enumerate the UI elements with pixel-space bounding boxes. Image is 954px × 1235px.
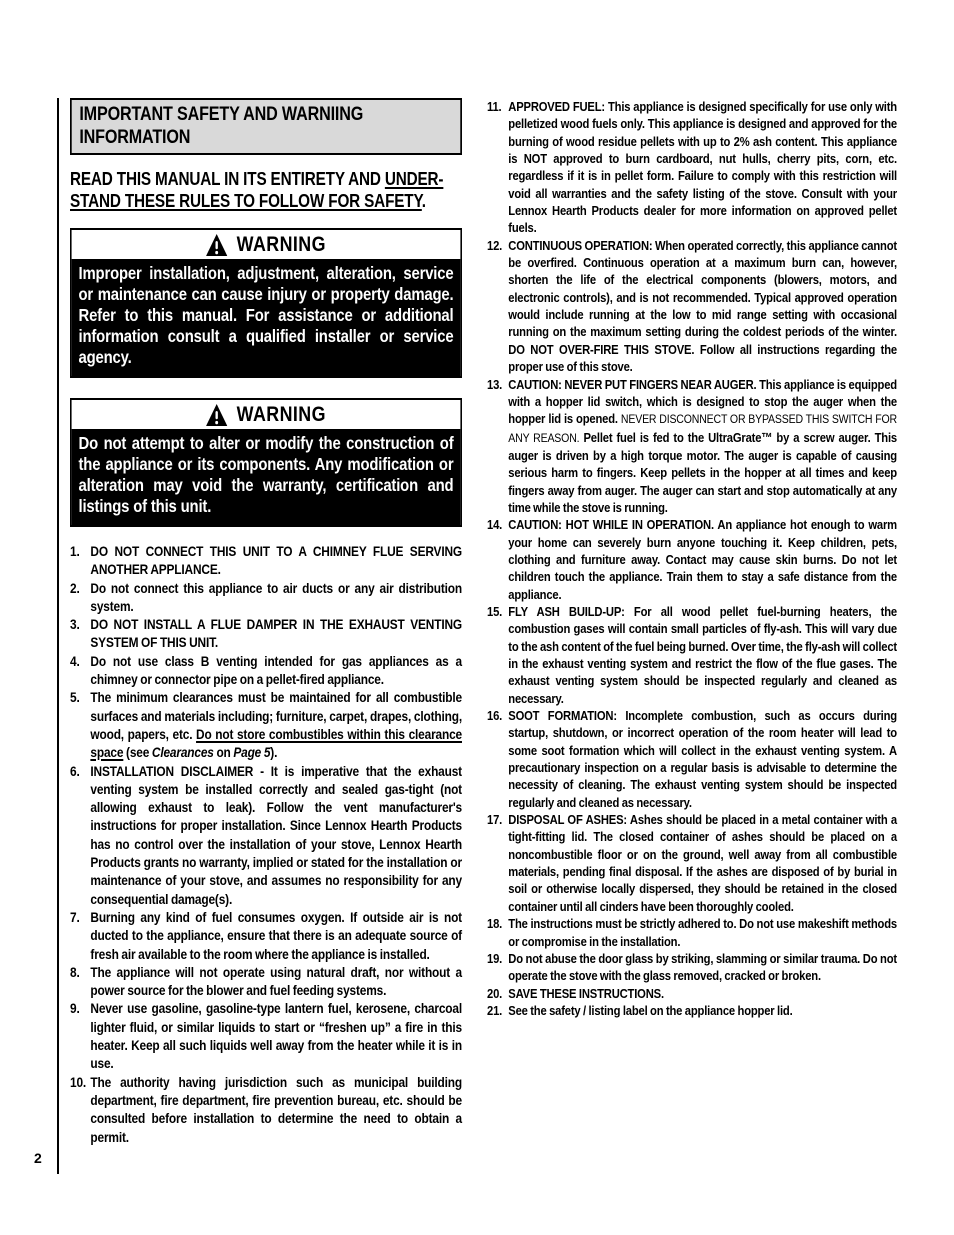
list-item-number: 21. <box>487 1002 502 1019</box>
list-item: 14.CAUTION: HOT WHILE IN OPERATION. An a… <box>487 516 897 603</box>
left-column: IMPORTANT SAFETY AND WARNIING INFORMATIO… <box>70 98 462 1146</box>
list-item-text: APPROVED FUEL: This appliance is designe… <box>508 99 897 235</box>
list-item-text: SAVE THESE INSTRUCTIONS. <box>508 986 664 1001</box>
list-item-number: 4. <box>70 652 80 670</box>
list-item-number: 16. <box>487 707 502 724</box>
list-item-text: Burning any kind of fuel consumes oxygen… <box>90 909 462 962</box>
list-item-number: 6. <box>70 762 80 780</box>
list-item-text: The minimum clearances must be maintaine… <box>90 689 462 760</box>
list-item-number: 2. <box>70 579 80 597</box>
warning-triangle-icon <box>206 234 227 256</box>
list-item-text: Do not use class B venting intended for … <box>90 653 462 687</box>
list-item-number: 17. <box>487 811 502 828</box>
list-item-text: DO NOT INSTALL A FLUE DAMPER IN THE EXHA… <box>90 616 462 650</box>
list-item: 8.The appliance will not operate using n… <box>70 963 462 1000</box>
section-title-line2: INFORMATION <box>79 126 452 149</box>
list-item-text: SOOT FORMATION: Incomplete combustion, s… <box>508 708 897 810</box>
list-item-number: 3. <box>70 615 80 633</box>
warning-box-1-body: Improper installation, adjustment, alter… <box>72 259 461 376</box>
list-item-text: CAUTION: NEVER PUT FINGERS NEAR AUGER. T… <box>508 377 897 515</box>
list-item-text: FLY ASH BUILD-UP: For all wood pellet fu… <box>508 604 897 706</box>
list-item-number: 14. <box>487 516 502 533</box>
list-item-text: INSTALLATION DISCLAIMER - It is imperati… <box>90 763 462 907</box>
page-number: 2 <box>34 1150 42 1166</box>
list-item-text: The appliance will not operate using nat… <box>90 964 462 998</box>
list-item-text: DISPOSAL OF ASHES: Ashes should be place… <box>508 812 897 914</box>
list-item-text: CAUTION: HOT WHILE IN OPERATION. An appl… <box>508 517 897 601</box>
warning-box-2: WARNING Do not attempt to alter or modif… <box>70 398 462 527</box>
list-item: 1.DO NOT CONNECT THIS UNIT TO A CHIMNEY … <box>70 542 462 579</box>
safety-list-items-1-10: 1.DO NOT CONNECT THIS UNIT TO A CHIMNEY … <box>70 542 462 1146</box>
list-item: 5.The minimum clearances must be maintai… <box>70 688 462 761</box>
list-item-number: 20. <box>487 985 502 1002</box>
two-column-layout: IMPORTANT SAFETY AND WARNIING INFORMATIO… <box>70 98 897 1146</box>
safety-list-items-11-21: 11.APPROVED FUEL: This appliance is desi… <box>487 98 897 1019</box>
list-item-text: The instructions must be strictly adhere… <box>508 916 897 948</box>
list-item-number: 15. <box>487 603 502 620</box>
warning-label: WARNING <box>237 233 326 257</box>
list-item-number: 9. <box>70 999 80 1017</box>
list-item: 11.APPROVED FUEL: This appliance is desi… <box>487 98 897 237</box>
list-item-number: 5. <box>70 688 80 706</box>
list-item: 10.The authority having jurisdiction suc… <box>70 1073 462 1146</box>
list-item: 18.The instructions must be strictly adh… <box>487 915 897 950</box>
list-item-text: Do not connect this appliance to air duc… <box>90 580 462 614</box>
list-item-text: CONTINUOUS OPERATION: When operated corr… <box>508 238 897 374</box>
list-item: 20.SAVE THESE INSTRUCTIONS. <box>487 985 897 1002</box>
list-item-number: 19. <box>487 950 502 967</box>
manual-page: 2 IMPORTANT SAFETY AND WARNIING INFORMAT… <box>0 0 954 1235</box>
list-item: 12.CONTINUOUS OPERATION: When operated c… <box>487 237 897 376</box>
warning-label: WARNING <box>237 403 326 427</box>
list-item-text: Do not abuse the door glass by striking,… <box>508 951 897 983</box>
list-item: 4.Do not use class B venting intended fo… <box>70 652 462 689</box>
warning-triangle-icon <box>206 404 227 426</box>
list-item-number: 12. <box>487 237 502 254</box>
section-title-box: IMPORTANT SAFETY AND WARNIING INFORMATIO… <box>70 98 462 155</box>
list-item: 3.DO NOT INSTALL A FLUE DAMPER IN THE EX… <box>70 615 462 652</box>
list-item-number: 8. <box>70 963 80 981</box>
list-item: 2.Do not connect this appliance to air d… <box>70 579 462 616</box>
list-item-number: 13. <box>487 376 502 393</box>
warning-box-1: WARNING Improper installation, adjustmen… <box>70 228 462 378</box>
list-item-text: The authority having jurisdiction such a… <box>90 1074 462 1145</box>
list-item: 13.CAUTION: NEVER PUT FINGERS NEAR AUGER… <box>487 376 897 517</box>
list-item-text: DO NOT CONNECT THIS UNIT TO A CHIMNEY FL… <box>90 543 462 577</box>
list-item-number: 11. <box>487 98 501 115</box>
list-item: 9.Never use gasoline, gasoline-type lant… <box>70 999 462 1072</box>
list-item: 15.FLY ASH BUILD-UP: For all wood pellet… <box>487 603 897 707</box>
list-item: 6.INSTALLATION DISCLAIMER - It is impera… <box>70 762 462 908</box>
list-item-number: 7. <box>70 908 80 926</box>
list-item-number: 10. <box>70 1073 86 1091</box>
list-item: 17.DISPOSAL OF ASHES: Ashes should be pl… <box>487 811 897 915</box>
list-item-text: See the safety / listing label on the ap… <box>508 1003 792 1018</box>
list-item: 16.SOOT FORMATION: Incomplete combustion… <box>487 707 897 811</box>
list-item-number: 18. <box>487 915 502 932</box>
section-title-line1: IMPORTANT SAFETY AND WARNIING <box>79 103 452 126</box>
warning-box-1-header: WARNING <box>72 230 461 259</box>
list-item: 7.Burning any kind of fuel consumes oxyg… <box>70 908 462 963</box>
page-edge-rule <box>57 98 59 1174</box>
warning-box-2-body: Do not attempt to alter or modify the co… <box>72 429 461 525</box>
read-manual-heading: READ THIS MANUAL IN ITS ENTIRETY AND UND… <box>70 169 462 212</box>
list-item: 19.Do not abuse the door glass by striki… <box>487 950 897 985</box>
warning-box-2-header: WARNING <box>72 400 461 429</box>
list-item: 21.See the safety / listing label on the… <box>487 1002 897 1019</box>
list-item-number: 1. <box>70 542 80 560</box>
list-item-text: Never use gasoline, gasoline-type lanter… <box>90 1000 462 1071</box>
right-column: 11.APPROVED FUEL: This appliance is desi… <box>487 98 897 1146</box>
